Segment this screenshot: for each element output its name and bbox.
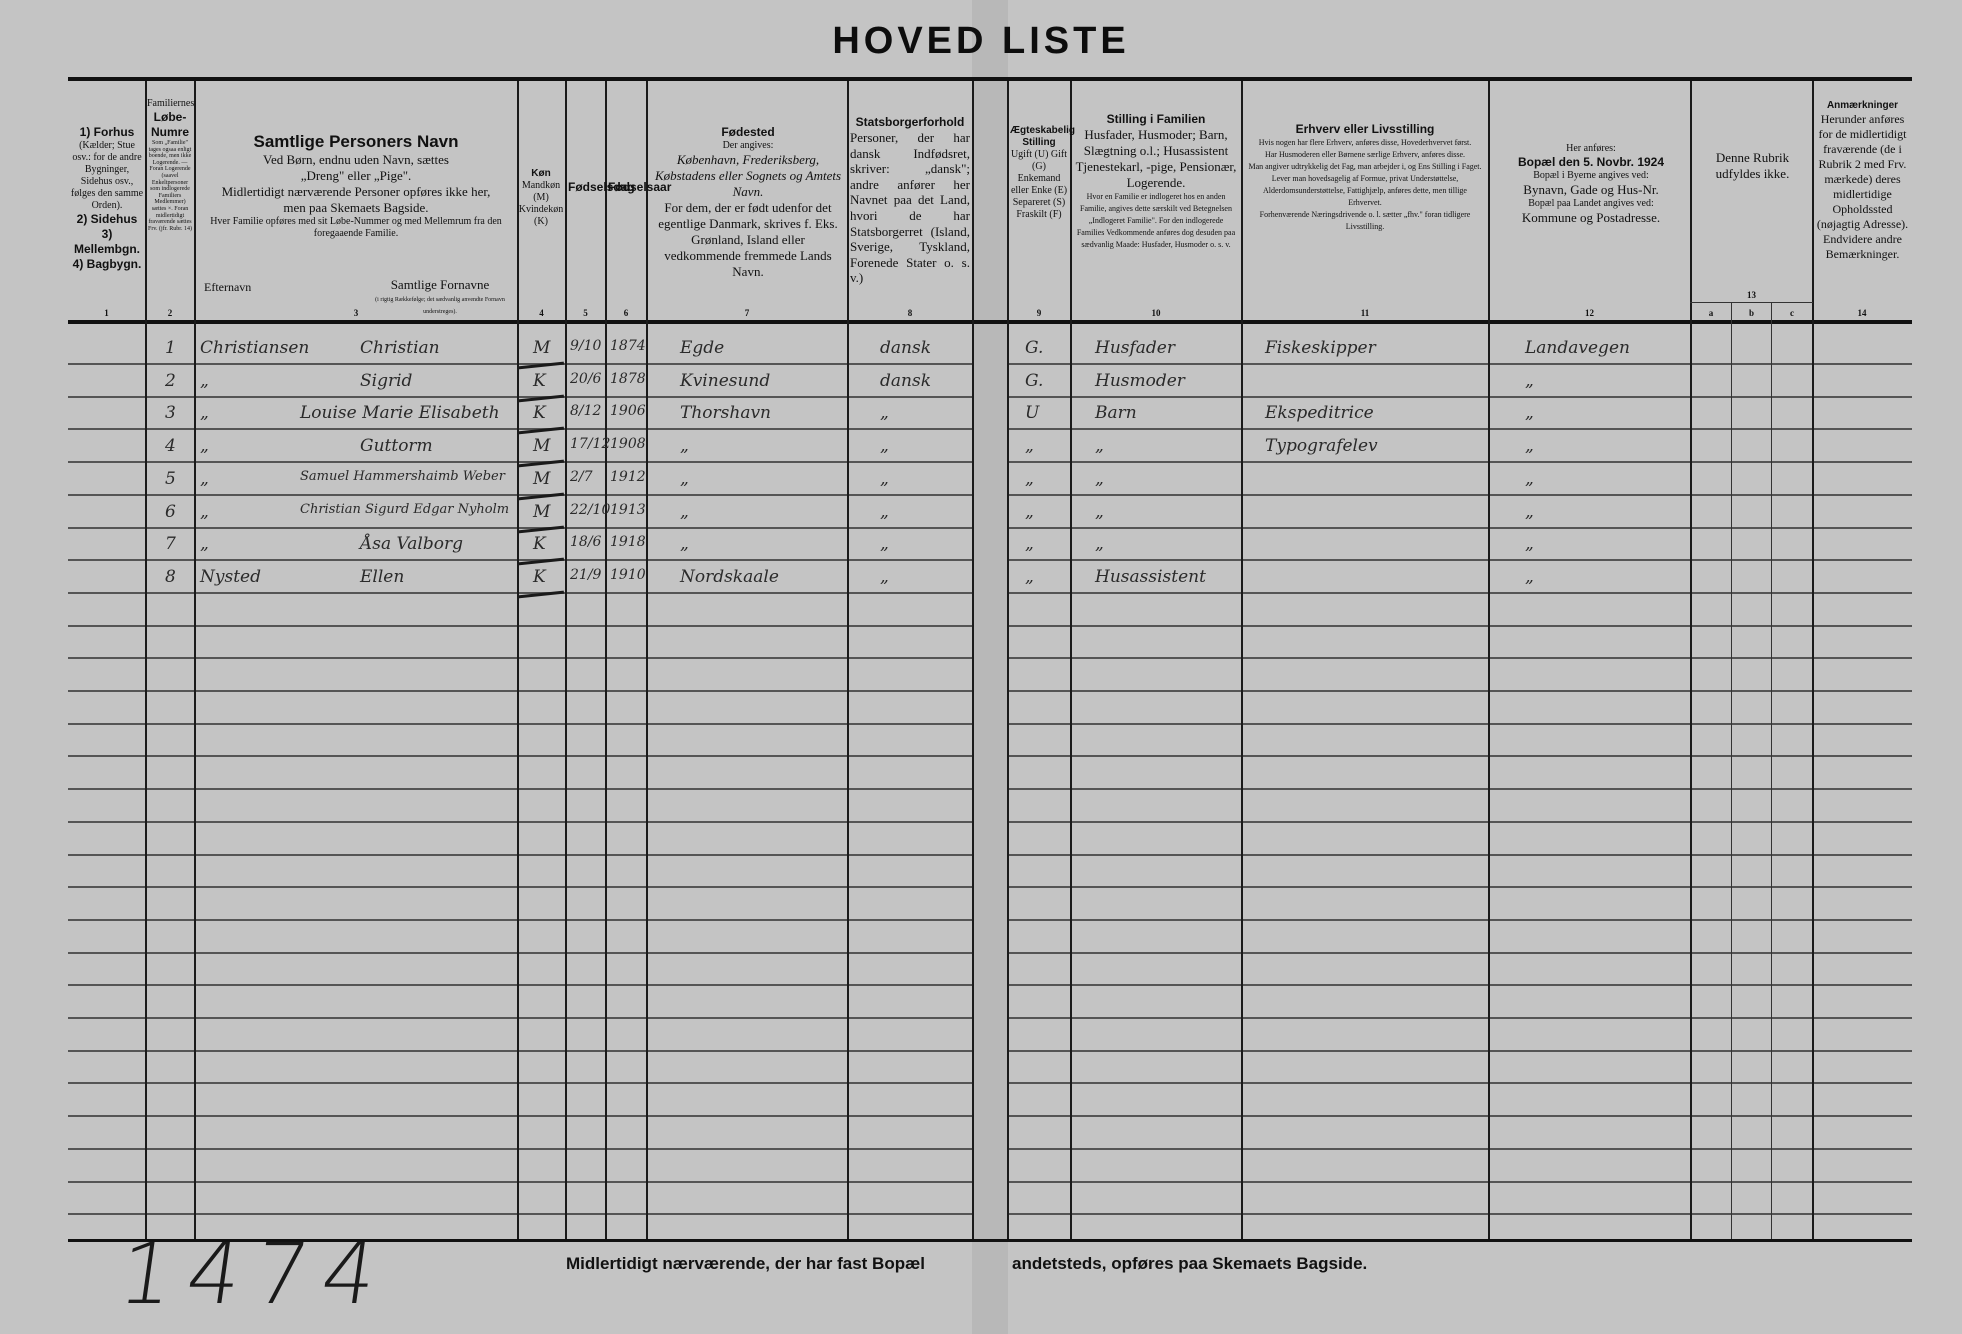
row-rule [196,1181,517,1183]
row-rule [1072,1213,1241,1215]
row-rule [1243,952,1488,954]
birthplace-cell: Egde [680,338,724,358]
row-rule [607,788,646,790]
row-rule [1490,428,1690,430]
row-rule [1692,854,1731,856]
row-rule [567,886,605,888]
row-rule [147,1082,194,1084]
row-rule [196,788,517,790]
row-rule [607,690,646,692]
row-number-cell: 4 [165,436,176,456]
row-rule [607,592,646,594]
row-rule [1692,984,1731,986]
row-rule [1490,363,1690,365]
col-line-3-4 [517,81,519,1239]
row-rule [1243,1148,1488,1150]
row-rule [648,625,847,627]
row-number-cell: 3 [165,403,176,423]
row-rule [1009,428,1070,430]
row-rule [1072,690,1241,692]
row-rule [1772,690,1812,692]
row-rule [1732,788,1771,790]
col-line-6-7 [646,81,648,1239]
row-rule [519,788,565,790]
row-rule [1814,625,1912,627]
row-rule [1732,821,1771,823]
birth-year-cell: 1906 [610,403,646,419]
row-rule [1072,1082,1241,1084]
row-rule [567,527,605,529]
row-rule [1243,363,1488,365]
birthplace-cell: „ [680,502,689,522]
row-rule [1772,755,1812,757]
row-rule [1072,1115,1241,1117]
row-rule [1490,527,1690,529]
row-rule [519,625,565,627]
row-rule [1072,886,1241,888]
given-names-cell: Louise Marie Elisabeth [300,403,500,423]
row-rule [1814,657,1912,659]
row-rule [567,396,605,398]
col-line-9-10 [1070,81,1072,1239]
sex-cell: K [533,403,546,423]
row-number-cell: 6 [165,502,176,522]
row-rule [849,1181,972,1183]
row-rule [1072,363,1241,365]
row-rule [1243,1181,1488,1183]
row-rule [648,788,847,790]
residence-cell: „ [1525,469,1534,489]
family-position-cell: Husfader [1095,338,1175,358]
row-rule [196,886,517,888]
row-rule [519,1148,565,1150]
row-rule [196,984,517,986]
row-rule [1243,723,1488,725]
row-rule [607,984,646,986]
row-rule [1692,559,1731,561]
row-rule [849,363,972,365]
row-rule [68,952,145,954]
row-rule [147,788,194,790]
row-rule [519,1050,565,1052]
row-rule [849,494,972,496]
row-rule [196,592,517,594]
row-rule [1243,854,1488,856]
row-rule [1814,755,1912,757]
row-rule [1072,984,1241,986]
row-rule [147,755,194,757]
row-rule [1732,1115,1771,1117]
row-rule [1490,592,1690,594]
row-rule [1772,723,1812,725]
row-rule [567,755,605,757]
col-line-13a-13b [1731,302,1732,1239]
row-rule [1243,625,1488,627]
row-rule [1814,1017,1912,1019]
row-rule [519,1082,565,1084]
row-rule [648,1050,847,1052]
row-rule [849,952,972,954]
birth-year-cell: 1908 [610,436,646,452]
row-rule [147,625,194,627]
row-rule [1814,854,1912,856]
row-rule [68,854,145,856]
col-line-4-5 [565,81,567,1239]
row-rule [68,723,145,725]
row-rule [849,625,972,627]
birth-year-cell: 1913 [610,502,646,518]
row-number-cell: 2 [165,371,176,391]
row-rule [1814,1213,1912,1215]
row-rule [648,527,847,529]
col3-header: Samtlige Personers Navn Ved Børn, endnu … [198,132,514,240]
header-rule [68,320,1912,324]
colnum-13b: b [1732,308,1771,318]
row-rule [196,952,517,954]
row-rule [1814,1050,1912,1052]
row-rule [849,984,972,986]
row-rule [1772,1115,1812,1117]
row-rule [147,396,194,398]
row-rule [648,1017,847,1019]
row-rule [1490,755,1690,757]
surname-cell: Nysted [200,567,261,587]
birth-day-cell: 2/7 [570,469,593,485]
family-position-cell: „ [1095,469,1104,489]
citizenship-cell: „ [880,502,889,522]
row-rule [607,1082,646,1084]
row-rule [1772,1213,1812,1215]
citizenship-cell: dansk [880,371,931,391]
footer-text-left: Midlertidigt nærværende, der har fast Bo… [566,1254,925,1274]
row-rule [607,494,646,496]
row-rule [1243,984,1488,986]
birth-day-cell: 21/9 [570,567,601,583]
row-rule [607,428,646,430]
row-rule [1490,1082,1690,1084]
row-rule [1072,854,1241,856]
row-rule [1243,592,1488,594]
row-rule [1072,919,1241,921]
colnum-13c: c [1772,308,1812,318]
citizenship-cell: „ [880,534,889,554]
row-rule [849,559,972,561]
colnum-8: 8 [848,308,972,318]
family-position-cell: „ [1095,502,1104,522]
row-rule [567,1181,605,1183]
surname-cell: „ [200,534,209,554]
row-rule [1814,1082,1912,1084]
surname-cell: „ [200,403,209,423]
row-rule [1243,886,1488,888]
row-rule [196,461,517,463]
row-rule [567,1082,605,1084]
row-rule [567,821,605,823]
row-rule [1772,1148,1812,1150]
row-rule [1814,788,1912,790]
row-rule [1692,821,1731,823]
birth-year-cell: 1910 [610,567,646,583]
row-rule [147,821,194,823]
marital-status-cell: „ [1025,469,1034,489]
row-rule [1772,952,1812,954]
sex-cell: M [533,436,550,456]
row-rule [1009,1115,1070,1117]
row-rule [1490,919,1690,921]
birthplace-cell: „ [680,469,689,489]
row-rule [1814,363,1912,365]
family-position-cell: „ [1095,534,1104,554]
row-rule [1490,854,1690,856]
row-rule [1072,1148,1241,1150]
colnum-13a: a [1691,308,1731,318]
row-rule [1692,527,1731,529]
row-rule [1243,559,1488,561]
row-rule [1732,1050,1771,1052]
row-rule [1490,952,1690,954]
occupation-cell: Fiskeskipper [1265,338,1376,358]
row-rule [1490,690,1690,692]
row-rule [1009,755,1070,757]
row-rule [1732,428,1771,430]
row-rule [1772,657,1812,659]
row-rule [1243,919,1488,921]
row-rule [607,1148,646,1150]
row-rule [196,428,517,430]
row-rule [1732,363,1771,365]
row-rule [519,1181,565,1183]
row-rule [1692,755,1731,757]
row-rule [1072,1050,1241,1052]
row-rule [1490,396,1690,398]
row-rule [648,461,847,463]
row-rule [519,952,565,954]
row-rule [1490,984,1690,986]
row-rule [1732,755,1771,757]
row-rule [1772,919,1812,921]
row-rule [519,1213,565,1215]
row-rule [1732,625,1771,627]
col-line-5-6 [605,81,607,1239]
residence-cell: „ [1525,371,1534,391]
col-line-10-11 [1241,81,1243,1239]
row-rule [1009,952,1070,954]
row-rule [648,984,847,986]
residence-cell: Landavegen [1525,338,1630,358]
given-names-cell: Samuel Hammershaimb Weber [300,469,505,484]
colnum-14: 14 [1813,308,1911,318]
row-rule [1243,396,1488,398]
row-rule [1814,494,1912,496]
row-number-cell: 7 [165,534,176,554]
row-rule [1814,527,1912,529]
colnum-3: 3 [196,308,516,318]
row-rule [607,559,646,561]
row-rule [1072,396,1241,398]
row-rule [68,494,145,496]
row-rule [196,625,517,627]
row-rule [68,1017,145,1019]
col-line-11-12 [1488,81,1490,1239]
birth-day-cell: 17/12 [570,436,610,452]
row-rule [1732,952,1771,954]
row-rule [1490,625,1690,627]
birth-day-cell: 20/6 [570,371,601,387]
row-rule [1243,1082,1488,1084]
row-rule [607,755,646,757]
row-rule [196,1213,517,1215]
col9-header: Ægteskabelig Stilling Ugift (U) Gift (G)… [1010,125,1068,221]
col-line-1-2 [145,81,147,1239]
row-rule [1814,1148,1912,1150]
row-rule [648,428,847,430]
row-rule [68,886,145,888]
sex-cell: M [533,502,550,522]
given-names-cell: Sigrid [360,371,412,391]
row-rule [1772,1082,1812,1084]
row-rule [1814,919,1912,921]
row-rule [567,854,605,856]
row-rule [648,1213,847,1215]
row-rule [607,1017,646,1019]
row-rule [1072,657,1241,659]
colnum-6: 6 [606,308,646,318]
row-rule [1009,1082,1070,1084]
sex-cell: K [533,567,546,587]
row-rule [1072,461,1241,463]
col-line-8-gutter [972,81,974,1239]
row-rule [196,919,517,921]
row-rule [1072,428,1241,430]
row-rule [849,1148,972,1150]
row-rule [1692,1213,1731,1215]
book-gutter [972,0,1008,1334]
row-rule [1009,886,1070,888]
row-rule [1009,657,1070,659]
row-rule [648,1115,847,1117]
row-rule [519,690,565,692]
row-rule [196,657,517,659]
row-rule [147,527,194,529]
colnum-7: 7 [647,308,847,318]
row-rule [1243,657,1488,659]
row-rule [849,657,972,659]
birth-year-cell: 1912 [610,469,646,485]
marital-status-cell: „ [1025,534,1034,554]
row-rule [147,984,194,986]
row-rule [519,984,565,986]
row-rule [1009,1148,1070,1150]
row-rule [648,755,847,757]
row-rule [1732,527,1771,529]
row-rule [607,1181,646,1183]
row-rule [567,1115,605,1117]
row-rule [68,1050,145,1052]
colnum-11: 11 [1242,308,1488,318]
row-rule [1732,1213,1771,1215]
row-rule [1772,886,1812,888]
col14-header: Anmærkninger Herunder anføres for de mid… [1815,100,1910,262]
col11-header: Erhverv eller Livsstilling Hvis nogen ha… [1246,122,1484,233]
row-rule [567,1213,605,1215]
row-rule [1814,984,1912,986]
row-rule [519,723,565,725]
row-rule [1814,559,1912,561]
row-rule [1009,984,1070,986]
row-rule [849,1082,972,1084]
row-rule [68,1148,145,1150]
row-rule [1732,592,1771,594]
surname-cell: „ [200,469,209,489]
row-rule [1243,690,1488,692]
col-line-7-8 [847,81,849,1239]
row-rule [1814,592,1912,594]
surname-cell: „ [200,371,209,391]
marital-status-cell: U [1025,403,1039,423]
col7-header: Fødested Der angives: København, Frederi… [652,125,844,280]
row-rule [1772,854,1812,856]
row-rule [1772,428,1812,430]
surname-cell: Christiansen [200,338,309,358]
row-rule [1692,428,1731,430]
citizenship-cell: dansk [880,338,931,358]
row-rule [147,428,194,430]
row-rule [1072,1017,1241,1019]
row-rule [648,854,847,856]
row-rule [1009,821,1070,823]
row-rule [567,461,605,463]
row-rule [1772,559,1812,561]
row-rule [607,854,646,856]
row-rule [567,1050,605,1052]
row-rule [1772,984,1812,986]
handwritten-number: 1474 [113,1225,397,1323]
row-rule [849,821,972,823]
row-rule [607,1213,646,1215]
row-rule [147,854,194,856]
row-rule [196,396,517,398]
row-rule [519,1115,565,1117]
row-number-cell: 5 [165,469,176,489]
row-rule [196,755,517,757]
row-rule [1072,1181,1241,1183]
col-13-sub-rule [1690,302,1813,303]
row-rule [849,788,972,790]
row-rule [1772,494,1812,496]
row-rule [519,657,565,659]
row-number-cell: 8 [165,567,176,587]
row-rule [1243,1050,1488,1052]
row-rule [1009,494,1070,496]
col3-sub-surname: Efternavn [204,280,251,294]
row-rule [1490,1148,1690,1150]
row-rule [1772,1181,1812,1183]
row-rule [68,690,145,692]
row-rule [519,886,565,888]
row-rule [567,919,605,921]
row-rule [1692,1181,1731,1183]
row-rule [567,657,605,659]
row-rule [1692,1017,1731,1019]
row-rule [1243,788,1488,790]
row-rule [68,428,145,430]
row-rule [519,821,565,823]
row-rule [1490,559,1690,561]
row-rule [1243,821,1488,823]
row-rule [849,919,972,921]
row-rule [1692,1115,1731,1117]
col5-header: Fødselsdag [568,180,604,195]
